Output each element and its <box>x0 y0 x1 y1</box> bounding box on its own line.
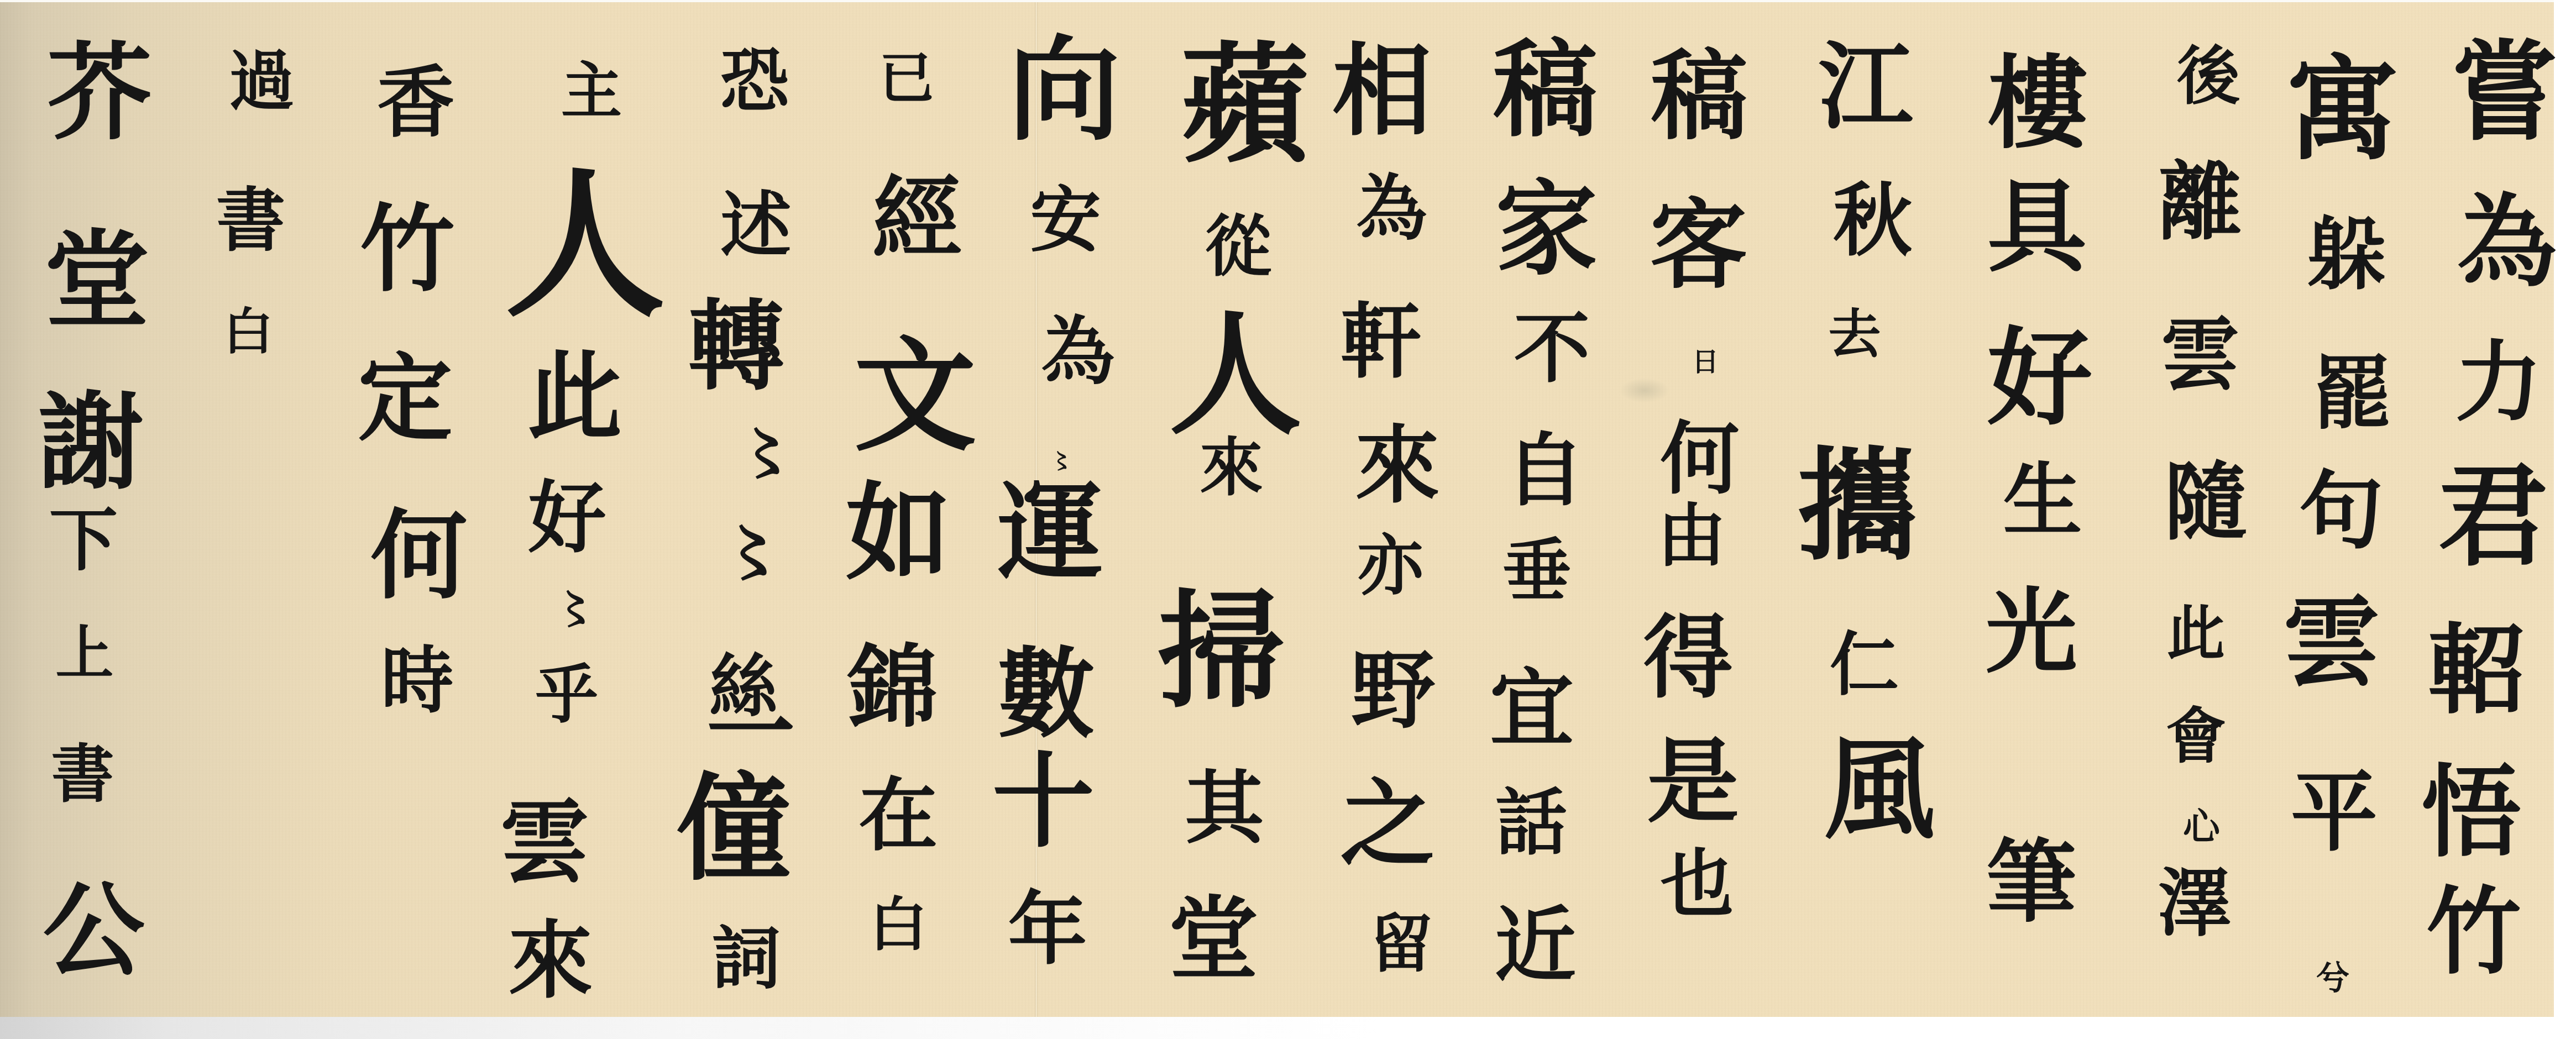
calligraphy-character: 如 <box>843 464 954 601</box>
calligraphy-character: 蘋 <box>1177 23 1313 186</box>
calligraphy-character: 平 <box>2289 710 2380 915</box>
calligraphy-character: 會 <box>2164 688 2228 785</box>
calligraphy-character: 述 <box>719 186 793 265</box>
calligraphy-character: 罷 <box>2311 326 2394 461</box>
calligraphy-character: 白 <box>868 891 929 957</box>
calligraphy-character: 掃 <box>1155 556 1287 746</box>
calligraphy-character: 好 <box>1985 322 2095 434</box>
calligraphy-character: 上 <box>54 611 115 694</box>
calligraphy-character: 垂 <box>1501 514 1573 628</box>
calligraphy-character: 年 <box>1006 863 1089 995</box>
calligraphy-character: 宜 <box>1488 660 1576 757</box>
calligraphy-character: 書 <box>51 705 114 843</box>
calligraphy-character: 仁 <box>1821 628 1907 701</box>
calligraphy-character: 時 <box>365 642 470 718</box>
calligraphy-character: 竹 <box>352 199 463 298</box>
calligraphy-character: 為 <box>2454 176 2559 308</box>
calligraphy-character: 野 <box>1349 636 1437 746</box>
calligraphy-character: 〻 <box>719 497 785 608</box>
calligraphy-character: 句 <box>2294 467 2388 555</box>
calligraphy-character: 兮 <box>2283 962 2383 995</box>
calligraphy-character: 力 <box>2443 337 2554 428</box>
calligraphy-character: 雲 <box>2159 298 2242 412</box>
calligraphy-character: 恐 <box>718 30 791 133</box>
calligraphy-character: 之 <box>1338 763 1437 884</box>
calligraphy-character: 主 <box>561 30 622 153</box>
calligraphy-character: 竹 <box>2421 881 2526 981</box>
calligraphy-character: 君 <box>2435 453 2551 580</box>
calligraphy-character: 來 <box>1353 411 1442 519</box>
calligraphy-character: 錦 <box>846 628 940 746</box>
calligraphy-character: 為 <box>1354 146 1429 272</box>
calligraphy-character: 相 <box>1329 36 1434 146</box>
calligraphy-character: 詞 <box>708 922 785 995</box>
calligraphy-character: 後 <box>2175 30 2242 121</box>
calligraphy-character: 雲 <box>2280 580 2383 705</box>
calligraphy-character: 來 <box>1191 434 1271 500</box>
calligraphy-character: 來 <box>506 912 595 1009</box>
calligraphy-character: 何 <box>1650 417 1750 500</box>
calligraphy-character: 軺 <box>2421 619 2532 721</box>
calligraphy-character: 筆 <box>1985 770 2078 995</box>
calligraphy-character: 雲 <box>498 774 591 912</box>
calligraphy-character: 是 <box>1645 732 1741 832</box>
calligraphy-character: 從 <box>1202 212 1274 282</box>
calligraphy-character: 稿 <box>1490 33 1600 146</box>
calligraphy-text: 嘗 為 力 君 軺 悟 竹 寓 躲 罷 句 雲 平 兮 後 離 雲 隨 此 會 … <box>0 0 2576 1039</box>
calligraphy-character: 數 <box>995 636 1097 753</box>
calligraphy-character: 寓 <box>2283 27 2402 192</box>
calligraphy-character: 此 <box>2159 602 2233 663</box>
calligraphy-character: 心 <box>2175 807 2228 846</box>
calligraphy-character: 安 <box>1028 166 1103 275</box>
calligraphy-character: 由 <box>1656 500 1727 572</box>
calligraphy-character: 秋 <box>1827 179 1918 262</box>
calligraphy-character: 白 <box>232 298 265 365</box>
calligraphy-character: 文 <box>842 332 988 460</box>
calligraphy-character: 生 <box>2001 442 2084 558</box>
calligraphy-character: 客 <box>1647 182 1750 308</box>
calligraphy-character: 江 <box>1815 36 1917 136</box>
calligraphy-character: 隨 <box>2161 427 2250 576</box>
calligraphy-character: 稿 <box>1648 36 1750 156</box>
calligraphy-character: 不 <box>1512 298 1592 398</box>
calligraphy-character: 樓 <box>1978 50 2097 156</box>
calligraphy-character: 也 <box>1658 843 1736 926</box>
calligraphy-character: 運 <box>995 473 1106 591</box>
calligraphy-character: 光 <box>1976 584 2087 680</box>
calligraphy-character: 自 <box>1504 427 1587 514</box>
calligraphy-character: 日 <box>1689 348 1722 376</box>
calligraphy-character: 攜 <box>1794 431 1921 580</box>
calligraphy-character: 此 <box>525 345 625 448</box>
calligraphy-character: 澤 <box>2156 844 2233 963</box>
calligraphy-character: 軒 <box>1334 298 1428 384</box>
calligraphy-character: 離 <box>2156 143 2244 261</box>
calligraphy-character: 定 <box>355 332 455 464</box>
calligraphy-character: 躲 <box>2305 207 2388 301</box>
calligraphy-character: 過 <box>228 33 295 129</box>
calligraphy-character: 〻 <box>735 409 796 497</box>
calligraphy-character: 已 <box>887 40 926 116</box>
calligraphy-character: 話 <box>1490 784 1573 860</box>
calligraphy-character: 去 <box>1827 288 1882 381</box>
calligraphy-character: 得 <box>1635 611 1741 705</box>
calligraphy-character: 其 <box>1183 760 1266 857</box>
calligraphy-character: 芥 <box>44 30 155 156</box>
calligraphy-character: 經 <box>870 139 964 298</box>
calligraphy-character: 公 <box>35 877 153 984</box>
calligraphy-character: 香 <box>374 30 457 176</box>
calligraphy-character: 何 <box>368 475 470 636</box>
calligraphy-character: 好 <box>526 459 608 577</box>
calligraphy-character: 具 <box>1985 172 2090 282</box>
calligraphy-character: 人 <box>495 176 675 315</box>
calligraphy-character: 書 <box>216 149 286 292</box>
calligraphy-character: 人 <box>1158 318 1313 431</box>
calligraphy-character: 下 <box>48 497 119 584</box>
calligraphy-character: 乎 <box>533 642 600 746</box>
calligraphy-character: 謝 <box>29 387 153 497</box>
calligraphy-character: 嘗 <box>2448 30 2561 153</box>
calligraphy-character: 家 <box>1493 166 1600 292</box>
calligraphy-character: 十 <box>989 760 1097 843</box>
calligraphy-character: 堂 <box>1166 884 1260 995</box>
calligraphy-character: 為 <box>1039 288 1117 414</box>
calligraphy-character: 〻 <box>553 577 597 642</box>
calligraphy-character: 悟 <box>2418 746 2523 879</box>
calligraphy-character: 堂 <box>41 199 152 361</box>
calligraphy-character: 在 <box>857 770 940 860</box>
calligraphy-character: 〻 <box>1045 450 1078 473</box>
calligraphy-character: 轉 <box>684 295 789 397</box>
calligraphy-character: 亦 <box>1349 532 1432 601</box>
calligraphy-character: 風 <box>1821 701 1938 878</box>
calligraphy-character: 向 <box>998 30 1130 149</box>
calligraphy-character: 僮 <box>673 767 794 891</box>
calligraphy-character: 留 <box>1368 905 1434 982</box>
calligraphy-character: 近 <box>1493 895 1578 995</box>
